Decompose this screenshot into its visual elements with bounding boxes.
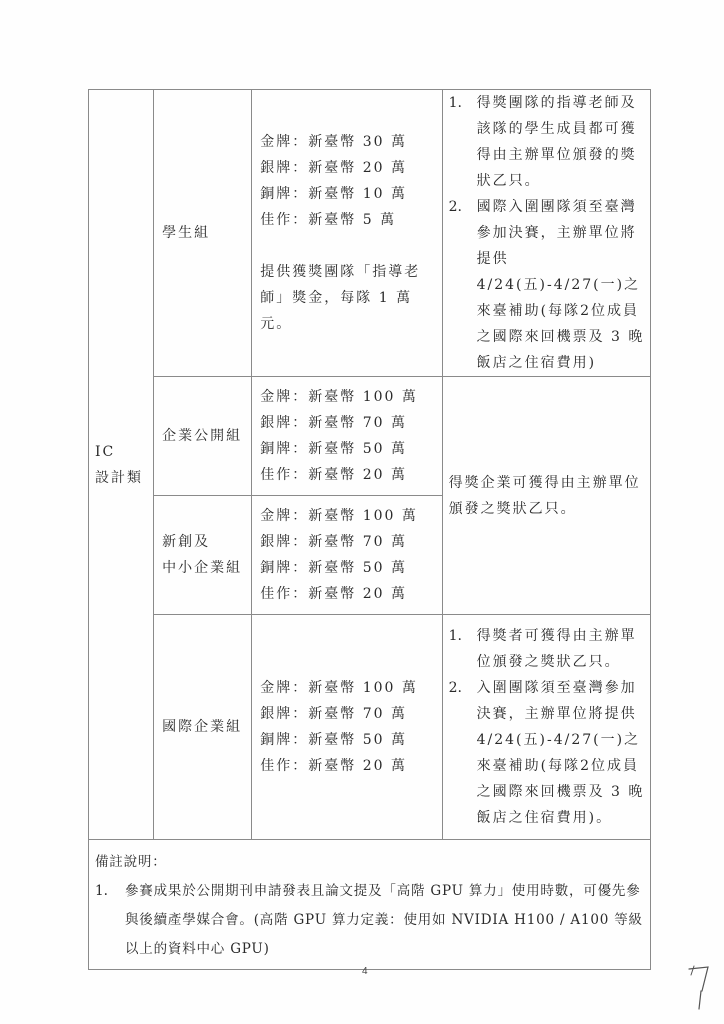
group-name-cell: 企業公開組	[154, 377, 252, 496]
prize-bronze: 銅牌：新臺幣 50 萬	[260, 436, 441, 462]
remarks-cell: 備註說明： 1. 參賽成果於公開期刊申請發表且論文提及「高階 GPU 算力」使用…	[89, 840, 651, 970]
note-cell-enterprise: 得獎企業可獲得由主辦單位頒發之獎狀乙只。	[442, 377, 650, 615]
prize-honorable: 佳作：新臺幣 20 萬	[260, 581, 441, 607]
note-number: 1.	[449, 90, 477, 116]
note-number: 2.	[449, 675, 477, 701]
prize-extra-note: 提供獲獎團隊「指導老師」獎金，每隊 1 萬元。	[260, 259, 441, 337]
table-row-enterprise-open: 企業公開組 金牌：新臺幣 100 萬 銀牌：新臺幣 70 萬 銅牌：新臺幣 50…	[89, 377, 651, 496]
note-item: 2. 國際入圍團隊須至臺灣參加決賽，主辦單位將提供 4/24(五)-4/27(一…	[449, 194, 646, 376]
prize-cell: 金牌：新臺幣 100 萬 銀牌：新臺幣 70 萬 銅牌：新臺幣 50 萬 佳作：…	[252, 377, 442, 496]
note-cell: 1. 得獎者可獲得由主辦單位頒發之獎狀乙只。 2. 入圍團隊須至臺灣參加決賽，主…	[442, 615, 650, 840]
group-name: 企業公開組	[162, 423, 251, 449]
prize-silver: 銀牌：新臺幣 70 萬	[260, 701, 441, 727]
handwritten-mark-icon	[686, 965, 712, 1011]
group-name: 國際企業組	[162, 714, 251, 740]
note-number: 2.	[449, 194, 477, 220]
prize-honorable: 佳作：新臺幣 5 萬	[260, 207, 441, 233]
note-item: 1. 得獎團隊的指導老師及該隊的學生成員都可獲得由主辦單位頒發的獎狀乙只。	[449, 90, 646, 194]
note-cell: 1. 得獎團隊的指導老師及該隊的學生成員都可獲得由主辦單位頒發的獎狀乙只。 2.…	[442, 90, 650, 377]
prize-silver: 銀牌：新臺幣 70 萬	[260, 410, 441, 436]
group-name-cell: 學生組	[154, 90, 252, 377]
note-item: 2. 入圍團隊須至臺灣參加決賽，主辦單位將提供 4/24(五)-4/27(一)之…	[449, 675, 646, 831]
prize-gold: 金牌：新臺幣 100 萬	[260, 384, 441, 410]
prize-cell: 金牌：新臺幣 100 萬 銀牌：新臺幣 70 萬 銅牌：新臺幣 50 萬 佳作：…	[252, 615, 442, 840]
document-page: IC 設計類 學生組 金牌：新臺幣 30 萬 銀牌：新臺幣 20 萬 銅牌：新臺…	[0, 0, 724, 1024]
note-text: 入圍團隊須至臺灣參加決賽，主辦單位將提供 4/24(五)-4/27(一)之來臺補…	[477, 675, 646, 831]
note-text: 得獎團隊的指導老師及該隊的學生成員都可獲得由主辦單位頒發的獎狀乙只。	[477, 90, 646, 194]
prize-gold: 金牌：新臺幣 30 萬	[260, 129, 441, 155]
prize-cell: 金牌：新臺幣 30 萬 銀牌：新臺幣 20 萬 銅牌：新臺幣 10 萬 佳作：新…	[252, 90, 442, 377]
group-name-line2: 中小企業組	[162, 555, 251, 581]
prize-silver: 銀牌：新臺幣 20 萬	[260, 155, 441, 181]
spacer	[260, 233, 441, 259]
prize-bronze: 銅牌：新臺幣 50 萬	[260, 555, 441, 581]
prize-honorable: 佳作：新臺幣 20 萬	[260, 753, 441, 779]
table-row-remarks: 備註說明： 1. 參賽成果於公開期刊申請發表且論文提及「高階 GPU 算力」使用…	[89, 840, 651, 970]
note-text: 得獎者可獲得由主辦單位頒發之獎狀乙只。	[477, 623, 646, 675]
prize-bronze: 銅牌：新臺幣 10 萬	[260, 181, 441, 207]
award-table: IC 設計類 學生組 金牌：新臺幣 30 萬 銀牌：新臺幣 20 萬 銅牌：新臺…	[88, 89, 651, 970]
category-label-line1: IC	[95, 439, 153, 465]
prize-gold: 金牌：新臺幣 100 萬	[260, 675, 441, 701]
group-name-cell: 國際企業組	[154, 615, 252, 840]
note-number: 1.	[449, 623, 477, 649]
group-name-cell: 新創及 中小企業組	[154, 496, 252, 615]
table-row-international: 國際企業組 金牌：新臺幣 100 萬 銀牌：新臺幣 70 萬 銅牌：新臺幣 50…	[89, 615, 651, 840]
table-row-student: IC 設計類 學生組 金牌：新臺幣 30 萬 銀牌：新臺幣 20 萬 銅牌：新臺…	[89, 90, 651, 377]
prize-bronze: 銅牌：新臺幣 50 萬	[260, 727, 441, 753]
remarks-text: 參賽成果於公開期刊申請發表且論文提及「高階 GPU 算力」使用時數，可優先參與後…	[125, 877, 644, 964]
remarks-item: 1. 參賽成果於公開期刊申請發表且論文提及「高階 GPU 算力」使用時數，可優先…	[95, 877, 644, 964]
remarks-number: 1.	[95, 877, 125, 906]
page-number: 4	[362, 966, 368, 977]
note-item: 1. 得獎者可獲得由主辦單位頒發之獎狀乙只。	[449, 623, 646, 675]
remarks-title: 備註說明：	[95, 848, 644, 877]
group-name: 學生組	[162, 220, 251, 246]
category-cell: IC 設計類	[89, 90, 154, 840]
category-label-line2: 設計類	[95, 465, 153, 491]
prize-cell: 金牌：新臺幣 100 萬 銀牌：新臺幣 70 萬 銅牌：新臺幣 50 萬 佳作：…	[252, 496, 442, 615]
note-text: 得獎企業可獲得由主辦單位頒發之獎狀乙只。	[449, 475, 641, 517]
prize-silver: 銀牌：新臺幣 70 萬	[260, 529, 441, 555]
prize-honorable: 佳作：新臺幣 20 萬	[260, 462, 441, 488]
group-name-line1: 新創及	[162, 529, 251, 555]
note-text: 國際入圍團隊須至臺灣參加決賽，主辦單位將提供 4/24(五)-4/27(一)之來…	[477, 194, 646, 376]
prize-gold: 金牌：新臺幣 100 萬	[260, 503, 441, 529]
